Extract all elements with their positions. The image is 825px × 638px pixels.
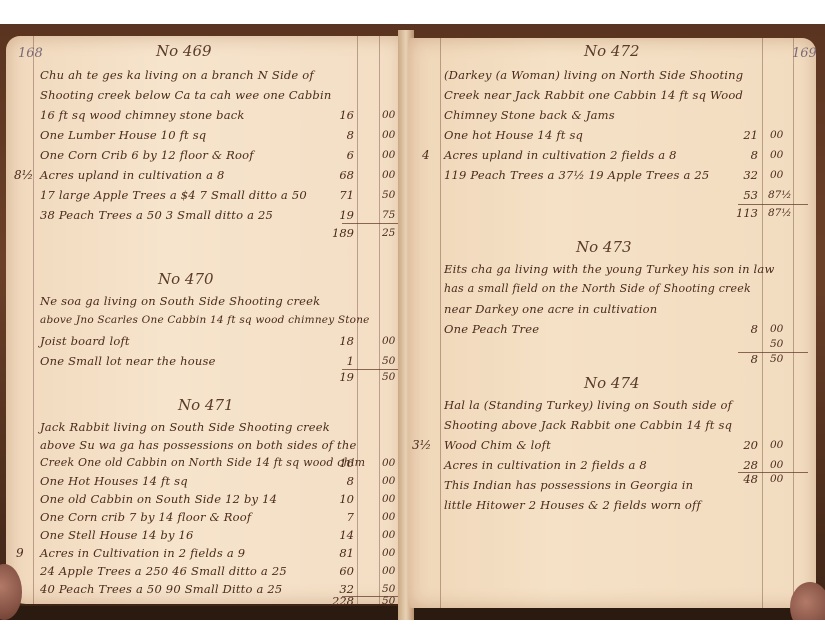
amount-dollars: 10 [324,492,354,506]
total-dollars: 113 [726,206,758,220]
entry-line: 17 large Apple Trees a $4 7 Small ditto … [40,188,307,202]
page-number: 169 [792,46,817,61]
amount-cents: 00 [382,475,395,487]
amount-cents: 00 [382,457,395,469]
entry-line: Chimney Stone back & Jams [444,108,615,122]
amount-dollars: 16 [324,456,354,470]
entry-line: above Su wa ga has possessions on both s… [40,438,356,452]
amount-dollars: 53 [726,188,758,202]
amount-cents: 00 [382,547,395,559]
amount-cents: 00 [382,169,395,181]
amount-dollars: 20 [726,438,758,452]
sum-rule [738,204,808,205]
entry-line: Acres in cultivation in 2 fields a 8 [444,458,647,472]
margin-note: 3½ [412,438,431,452]
amount-dollars: 60 [324,564,354,578]
entry-line: above Jno Scarles One Cabbin 14 ft sq wo… [40,314,370,326]
amount-dollars: 19 [324,208,354,222]
amount-dollars: 8 [726,148,758,162]
entry-line: 119 Peach Trees a 37½ 19 Apple Trees a 2… [444,168,709,182]
entry-line: One Lumber House 10 ft sq [40,128,206,142]
amount-cents: 00 [382,149,395,161]
entry-line: Jack Rabbit living on South Side Shootin… [40,420,330,434]
entry-line: Shooting creek below Ca ta cah wee one C… [40,88,331,102]
entry-line: Ne soa ga living on South Side Shooting … [40,294,320,308]
total-cents: 50 [382,595,395,607]
amount-cents: 50 [382,583,395,595]
entry-line: has a small field on the North Side of S… [444,282,751,295]
ledger-photo: 168 No 469 Chu ah te ges ka living on a … [0,24,825,620]
amount-cents: 50 [382,189,395,201]
amount-dollars: 8 [324,128,354,142]
entry-line: Acres in Cultivation in 2 fields a 9 [40,546,245,560]
total-dollars: 189 [324,226,354,240]
amount-dollars: 68 [324,168,354,182]
entry-line: One Corn crib 7 by 14 floor & Roof [40,510,251,524]
amount-dollars: 81 [324,546,354,560]
entry-number: No 470 [158,270,214,288]
total-cents: 87½ [768,207,792,219]
cents-rule [379,36,380,604]
entry-line: Joist board loft [40,334,130,348]
amount-dollars: 7 [324,510,354,524]
amount-dollars: 32 [726,168,758,182]
amount-dollars: 14 [324,528,354,542]
amount-cents: 00 [770,149,783,161]
entry-line: One Small lot near the house [40,354,216,368]
entry-number: No 469 [156,42,212,60]
amount-cents: 00 [770,323,783,335]
left-page: 168 No 469 Chu ah te ges ka living on a … [6,36,404,604]
total-cents: 50 [382,371,395,383]
entry-line: Acres upland in cultivation a 8 [40,168,225,182]
margin-note: 9 [16,546,24,560]
entry-line: This Indian has possessions in Georgia i… [444,478,693,492]
margin-note: 8½ [14,168,33,182]
entry-line: Creek near Jack Rabbit one Cabbin 14 ft … [444,88,743,102]
total-cents: 50 [770,353,783,365]
amount-cents: 50 [770,338,783,350]
entry-line: One old Cabbin on South Side 12 by 14 [40,492,277,506]
entry-number: No 473 [576,238,632,256]
entry-number: No 471 [178,396,234,414]
entry-line: Wood Chim & loft [444,438,551,452]
entry-number: No 474 [584,374,640,392]
amount-dollars: 8 [324,474,354,488]
total-dollars: 228 [324,594,354,608]
entry-line: Creek One old Cabbin on North Side 14 ft… [40,456,365,469]
amount-cents: 75 [382,209,395,221]
amount-dollars: 71 [324,188,354,202]
total-cents: 25 [382,227,395,239]
amount-cents: 00 [770,129,783,141]
amount-cents: 00 [382,511,395,523]
right-page: 169 No 472 (Darkey (a Woman) living on N… [408,38,816,608]
amount-cents: 50 [382,355,395,367]
entry-line: 24 Apple Trees a 250 46 Small ditto a 25 [40,564,287,578]
amount-cents: 00 [770,169,783,181]
amount-dollars: 8 [726,322,758,336]
entry-line: (Darkey (a Woman) living on North Side S… [444,68,743,82]
margin-rule [440,38,441,608]
entry-line: Eits cha ga living with the young Turkey… [444,262,775,276]
amount-dollars: 21 [726,128,758,142]
page-number: 168 [18,46,43,61]
amount-cents: 00 [382,335,395,347]
entry-line: One Stell House 14 by 16 [40,528,194,542]
amount-cents: 00 [770,439,783,451]
total-dollars: 19 [324,370,354,384]
entry-line: 40 Peach Trees a 50 90 Small Ditto a 25 [40,582,282,596]
entry-line: One Peach Tree [444,322,539,336]
entry-line: One Hot Houses 14 ft sq [40,474,188,488]
amount-cents: 00 [382,529,395,541]
amount-cents: 87½ [768,189,792,201]
amount-cents: 00 [382,109,395,121]
amount-cents: 00 [382,129,395,141]
amount-dollars: 1 [324,354,354,368]
entry-line: One Corn Crib 6 by 12 floor & Roof [40,148,254,162]
entry-line: Chu ah te ges ka living on a branch N Si… [40,68,314,82]
amount-dollars: 6 [324,148,354,162]
margin-rule [33,36,34,604]
amount-dollars: 18 [324,334,354,348]
amount-dollars: 16 [324,108,354,122]
entry-line: 38 Peach Trees a 50 3 Small ditto a 25 [40,208,273,222]
entry-number: No 472 [584,42,640,60]
sum-rule [342,223,398,224]
total-dollars: 8 [726,352,758,366]
amount-cents: 00 [382,493,395,505]
margin-note: 4 [422,148,430,162]
amount-cents: 00 [770,459,783,471]
entry-line: Shooting above Jack Rabbit one Cabbin 14… [444,418,732,432]
cents-rule [793,38,794,608]
entry-line: 16 ft sq wood chimney stone back [40,108,245,122]
total-cents: 00 [770,473,783,485]
entry-line: near Darkey one acre in cultivation [444,302,657,316]
entry-line: Hal la (Standing Turkey) living on South… [444,398,732,412]
amount-cents: 00 [382,565,395,577]
entry-line: One hot House 14 ft sq [444,128,583,142]
amount-dollars: 28 [726,458,758,472]
entry-line: Acres upland in cultivation 2 fields a 8 [444,148,677,162]
total-dollars: 48 [726,472,758,486]
entry-line: little Hitower 2 Houses & 2 fields worn … [444,498,701,512]
dollars-rule [762,38,763,608]
